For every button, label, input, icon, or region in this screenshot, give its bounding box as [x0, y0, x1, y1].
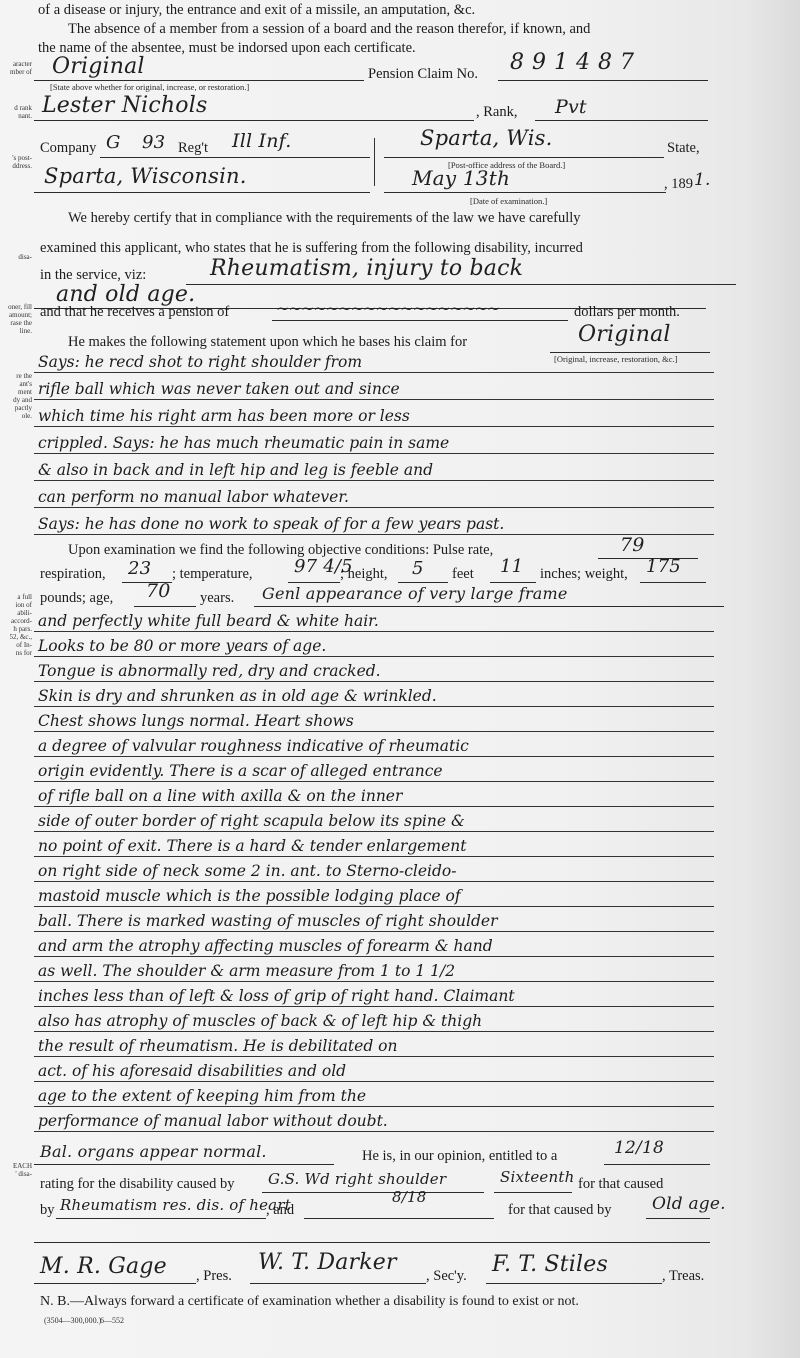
finding-line: ball. There is marked wasting of muscles… [34, 909, 714, 932]
pension-suffix: dollars per month. [574, 304, 680, 321]
temperature-label: ; temperature, [172, 566, 253, 583]
disability-1-rule [262, 1192, 484, 1193]
company-value: G [106, 132, 121, 153]
president-rule [34, 1283, 196, 1284]
statement-line: Says: he has done no work to speak of fo… [34, 512, 714, 535]
pension-value: ~~~~~~~~~~~~~~~~~~ [276, 299, 499, 318]
disability-1-rating-rule [494, 1192, 572, 1193]
claimant-address: Sparta, Wisconsin. [44, 164, 247, 188]
finding-line: and arm the atrophy affecting muscles of… [34, 934, 714, 957]
president-title: , Pres. [196, 1268, 232, 1285]
statement-line: & also in back and in left hip and leg i… [34, 458, 714, 481]
year-prefix: , 189 [664, 176, 693, 193]
disability-line-1: Rheumatism, injury to back [210, 256, 523, 281]
regiment-number: 93 [142, 132, 165, 153]
finding-line: also has atrophy of muscles of back & of… [34, 1009, 714, 1032]
finding-line: act. of his aforesaid disabilities and o… [34, 1059, 714, 1082]
intro-line-2: The absence of a member from a session o… [68, 21, 590, 38]
exam-date-line [384, 192, 666, 193]
finding-line: a degree of valvular roughness indicativ… [34, 734, 714, 757]
claim-basis-label: He makes the following statement upon wh… [68, 334, 467, 351]
company-line [100, 157, 370, 158]
pounds-age-label: pounds; age, [40, 590, 113, 607]
height-label: ; height, [340, 566, 388, 583]
disability-1-rating: Sixteenth [500, 1168, 574, 1186]
margin-note-6: re the ant's ment dy and pactly ole. [0, 372, 32, 420]
secretary-title: , Sec'y. [426, 1268, 467, 1285]
pension-claim-label: Pension Claim No. [368, 66, 478, 83]
intro-line-1: of a disease or injury, the entrance and… [38, 2, 475, 19]
treasurer-title: , Treas. [662, 1268, 704, 1285]
margin-note-3: 's post- ddress. [0, 154, 32, 170]
feet-label: feet [452, 566, 474, 583]
for-that-caused-label: for that caused [578, 1176, 663, 1193]
by-label: by [40, 1202, 55, 1219]
finding-line: the result of rheumatism. He is debilita… [34, 1034, 714, 1057]
finding-line: of rifle ball on a line with axilla & on… [34, 784, 714, 807]
secretary-signature: W. T. Darker [258, 1250, 397, 1275]
finding-line: inches less than of left & loss of grip … [34, 984, 714, 1007]
print-code: (3504—300,000.) [44, 1316, 101, 1325]
certification-line-1: We hereby certify that in compliance wit… [68, 210, 581, 227]
president-signature: M. R. Gage [40, 1254, 167, 1279]
disability-2-rating: 8/18 [392, 1188, 426, 1206]
years-label: years. [200, 590, 234, 607]
company-label: Company [40, 140, 96, 157]
statement-line: can perform no manual labor whatever. [34, 485, 714, 508]
disability-2-rule [56, 1218, 266, 1219]
pension-rule [272, 320, 568, 321]
height-feet: 5 [412, 558, 424, 579]
pension-claim-line [498, 80, 708, 81]
finding-line: as well. The shoulder & arm measure from… [34, 959, 714, 982]
height-inches: 11 [500, 556, 523, 577]
secretary-rule [250, 1283, 426, 1284]
pension-prefix: and that he receives a pension of [40, 304, 229, 321]
margin-note-5: oner, fill amount; rase the line. [0, 303, 32, 335]
respiration-value: 23 [128, 558, 151, 579]
finding-line: Looks to be 80 or more years of age. [34, 634, 714, 657]
height-feet-rule [398, 582, 448, 583]
finding-line: age to the extent of keeping him from th… [34, 1084, 714, 1107]
and-label: , and [266, 1202, 294, 1219]
finding-line: performance of manual labor without doub… [34, 1109, 714, 1132]
rank-label: , Rank, [476, 104, 517, 121]
regiment-label: Reg't [178, 140, 208, 157]
claim-basis-value: Original [578, 322, 671, 347]
margin-note-4: disa- [0, 253, 32, 261]
pulse-rate: 79 [620, 534, 645, 556]
margin-note-2: d rank nant. [0, 104, 32, 120]
temperature-rule [288, 582, 340, 583]
statement-line: crippled. Says: he has much rheumatic pa… [34, 431, 714, 454]
exam-date: May 13th [412, 166, 510, 190]
margin-note-1: aracter mber of [0, 60, 32, 76]
board-address: Sparta, Wis. [420, 126, 552, 150]
nb-note: N. B.—Always forward a certificate of ex… [40, 1294, 579, 1310]
statement-line: Says: he recd shot to right shoulder fro… [34, 350, 714, 373]
disability-line-1-rule [186, 284, 736, 285]
finding-line: Tongue is abnormally red, dry and cracke… [34, 659, 714, 682]
field-divider [374, 138, 375, 186]
claimant-name: Lester Nichols [42, 93, 207, 118]
weight-rule [640, 582, 706, 583]
treasurer-signature: F. T. Stiles [492, 1252, 608, 1277]
certificate-page: of a disease or injury, the entrance and… [0, 0, 800, 1358]
finding-line: mastoid muscle which is the possible lod… [34, 884, 714, 907]
form-number: 6—552 [100, 1316, 124, 1325]
overall-rating: 12/18 [614, 1138, 664, 1158]
opinion-text: He is, in our opinion, entitled to a [362, 1148, 557, 1165]
board-address-line [384, 157, 664, 158]
blank-rule [34, 1242, 710, 1243]
margin-note-8: EACH ' disa- [0, 1162, 32, 1178]
disability-2-rating-rule [304, 1218, 494, 1219]
year-suffix: 1. [694, 170, 711, 190]
disability-3-rule [646, 1218, 710, 1219]
inches-label: inches; weight, [540, 566, 628, 583]
finding-line: Skin is dry and shrunken as in old age &… [34, 684, 714, 707]
rank-value: Pvt [555, 96, 587, 118]
finding-line: and perfectly white full beard & white h… [34, 609, 714, 632]
for-that-caused-by-label: for that caused by [508, 1202, 611, 1219]
height-inches-rule [490, 582, 536, 583]
pension-claim-number: 891487 [510, 50, 642, 75]
age-rule [134, 606, 196, 607]
rank-line [535, 120, 708, 121]
vitals-intro: Upon examination we find the following o… [68, 542, 493, 559]
margin-note-7: a full ion of abili- accord- h pars. 52,… [0, 593, 32, 657]
state-label: State, [667, 140, 700, 157]
regiment-unit: Ill Inf. [232, 130, 291, 152]
statement-line: which time his right arm has been more o… [34, 404, 714, 427]
rating-label: rating for the disability caused by [40, 1176, 235, 1193]
claimant-name-line [34, 120, 474, 121]
finding-last-line: Bal. organs appear normal. [40, 1142, 267, 1161]
exam-date-hint: [Date of examination.] [470, 196, 547, 206]
weight-value: 175 [646, 556, 681, 577]
claim-type-hint: [State above whether for original, incre… [50, 82, 249, 92]
finding-last-rule [34, 1164, 334, 1165]
first-finding-note: Genl appearance of very large frame [262, 584, 568, 603]
treasurer-rule [486, 1283, 662, 1284]
disability-1: G.S. Wd right shoulder [268, 1170, 446, 1188]
finding-line: origin evidently. There is a scar of all… [34, 759, 714, 782]
claimant-address-line [34, 192, 370, 193]
overall-rating-rule [604, 1164, 710, 1165]
finding-line: on right side of neck some 2 in. ant. to… [34, 859, 714, 882]
claim-type-line [34, 80, 364, 81]
respiration-label: respiration, [40, 566, 106, 583]
finding-line: Chest shows lungs normal. Heart shows [34, 709, 714, 732]
finding-line: no point of exit. There is a hard & tend… [34, 834, 714, 857]
finding-line: side of outer border of right scapula be… [34, 809, 714, 832]
first-finding-rule [254, 606, 724, 607]
age-value: 70 [146, 580, 171, 602]
certification-line-2: examined this applicant, who states that… [40, 240, 583, 257]
claim-type-value: Original [52, 54, 145, 79]
statement-line: rifle ball which was never taken out and… [34, 377, 714, 400]
disability-3: Old age. [652, 1194, 726, 1214]
disability-2: Rheumatism res. dis. of heart [60, 1196, 291, 1214]
